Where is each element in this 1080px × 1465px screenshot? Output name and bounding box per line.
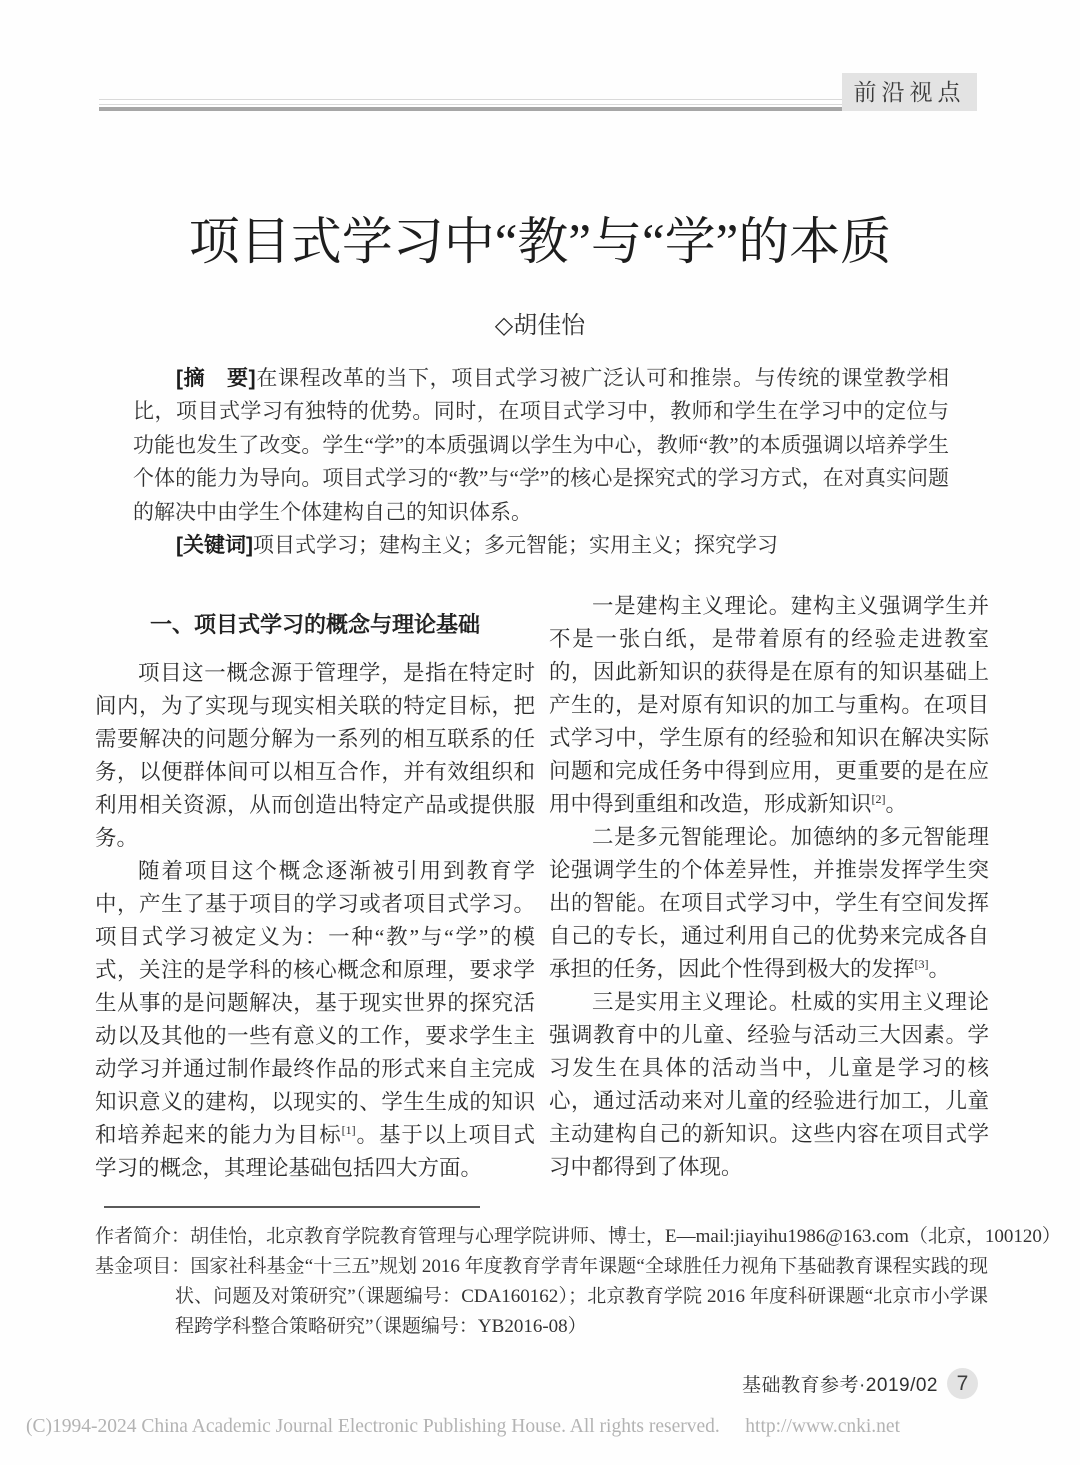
keywords-paragraph: [关键词]项目式学习；建构主义；多元智能；实用主义；探究学习 — [133, 529, 949, 562]
paragraph-text: 。 — [886, 792, 908, 816]
paragraph-text: 随着项目这个概念逐渐被引用到教育学中，产生了基于项目的学习或者项目式学习。项目式… — [95, 859, 535, 1147]
header-rule-thin-top — [99, 99, 842, 100]
body-paragraph: 项目这一概念源于管理学，是指在特定时间内，为了实现与现实相关联的特定目标，把需要… — [95, 657, 535, 855]
author-name: ◇胡佳怡 — [0, 308, 1080, 344]
body-paragraph: 三是实用主义理论。杜威的实用主义理论强调教育中的儿童、经验与活动三大因素。学习发… — [549, 986, 989, 1184]
footnote-ref-2: [2] — [872, 792, 886, 806]
article-title: 项目式学习中“教”与“学”的本质 — [0, 212, 1080, 274]
body-paragraph: 二是多元智能理论。加德纳的多元智能理论强调学生的个体差异性，并推崇发挥学生突出的… — [549, 821, 989, 986]
footnotes-block: 作者简介：胡佳怡，北京教育学院教育管理与心理学院讲师、博士，E—mail:jia… — [95, 1222, 988, 1342]
author-bio-note: 作者简介：胡佳怡，北京教育学院教育管理与心理学院讲师、博士，E—mail:jia… — [95, 1222, 988, 1252]
copyright-text: (C)1994-2024 China Academic Journal Elec… — [26, 1416, 720, 1438]
section-tag: 前沿视点 — [842, 73, 977, 111]
copyright-url: http://www.cnki.net — [745, 1416, 900, 1438]
body-paragraph: 一是建构主义理论。建构主义强调学生并不是一张白纸，是带着原有的经验走进教室的，因… — [549, 590, 989, 821]
footnote-ref-1: [1] — [342, 1123, 356, 1137]
footnote-ref-3: [3] — [915, 957, 929, 971]
section-heading: 一、项目式学习的概念与理论基础 — [95, 608, 535, 641]
header-rule-thin-bottom — [99, 104, 842, 105]
body-paragraph: 随着项目这个概念逐渐被引用到教育学中，产生了基于项目的学习或者项目式学习。项目式… — [95, 855, 535, 1185]
journal-name: 基础教育参考·2019/02 — [742, 1370, 938, 1397]
paragraph-text: 一是建构主义理论。建构主义强调学生并不是一张白纸，是带着原有的经验走进教室的，因… — [549, 594, 989, 816]
document-page: 前沿视点 项目式学习中“教”与“学”的本质 ◇胡佳怡 [摘 要]在课程改革的当下… — [0, 0, 1080, 1465]
body-columns: 一、项目式学习的概念与理论基础 项目这一概念源于管理学，是指在特定时间内，为了实… — [95, 590, 989, 1185]
page-number-badge: 7 — [947, 1368, 978, 1399]
abstract-paragraph: [摘 要]在课程改革的当下，项目式学习被广泛认可和推崇。与传统的课堂教学相比，项… — [133, 362, 949, 529]
copyright-line: (C)1994-2024 China Academic Journal Elec… — [26, 1416, 900, 1438]
abstract-text: 在课程改革的当下，项目式学习被广泛认可和推崇。与传统的课堂教学相比，项目式学习有… — [133, 366, 949, 524]
abstract-label: [摘 要] — [176, 367, 256, 390]
right-column: 一是建构主义理论。建构主义强调学生并不是一张白纸，是带着原有的经验走进教室的，因… — [549, 590, 989, 1185]
journal-footer: 基础教育参考·2019/02 7 — [600, 1368, 978, 1399]
keywords-label: [关键词] — [176, 534, 253, 557]
footnote-separator — [104, 1206, 480, 1208]
abstract-block: [摘 要]在课程改革的当下，项目式学习被广泛认可和推崇。与传统的课堂教学相比，项… — [133, 362, 949, 562]
funding-note: 基金项目：国家社科基金“十三五”规划 2016 年度教育学青年课题“全球胜任力视… — [95, 1252, 988, 1342]
paragraph-text: 。 — [929, 957, 951, 981]
keywords-text: 项目式学习；建构主义；多元智能；实用主义；探究学习 — [253, 533, 778, 557]
left-column: 一、项目式学习的概念与理论基础 项目这一概念源于管理学，是指在特定时间内，为了实… — [95, 590, 535, 1185]
